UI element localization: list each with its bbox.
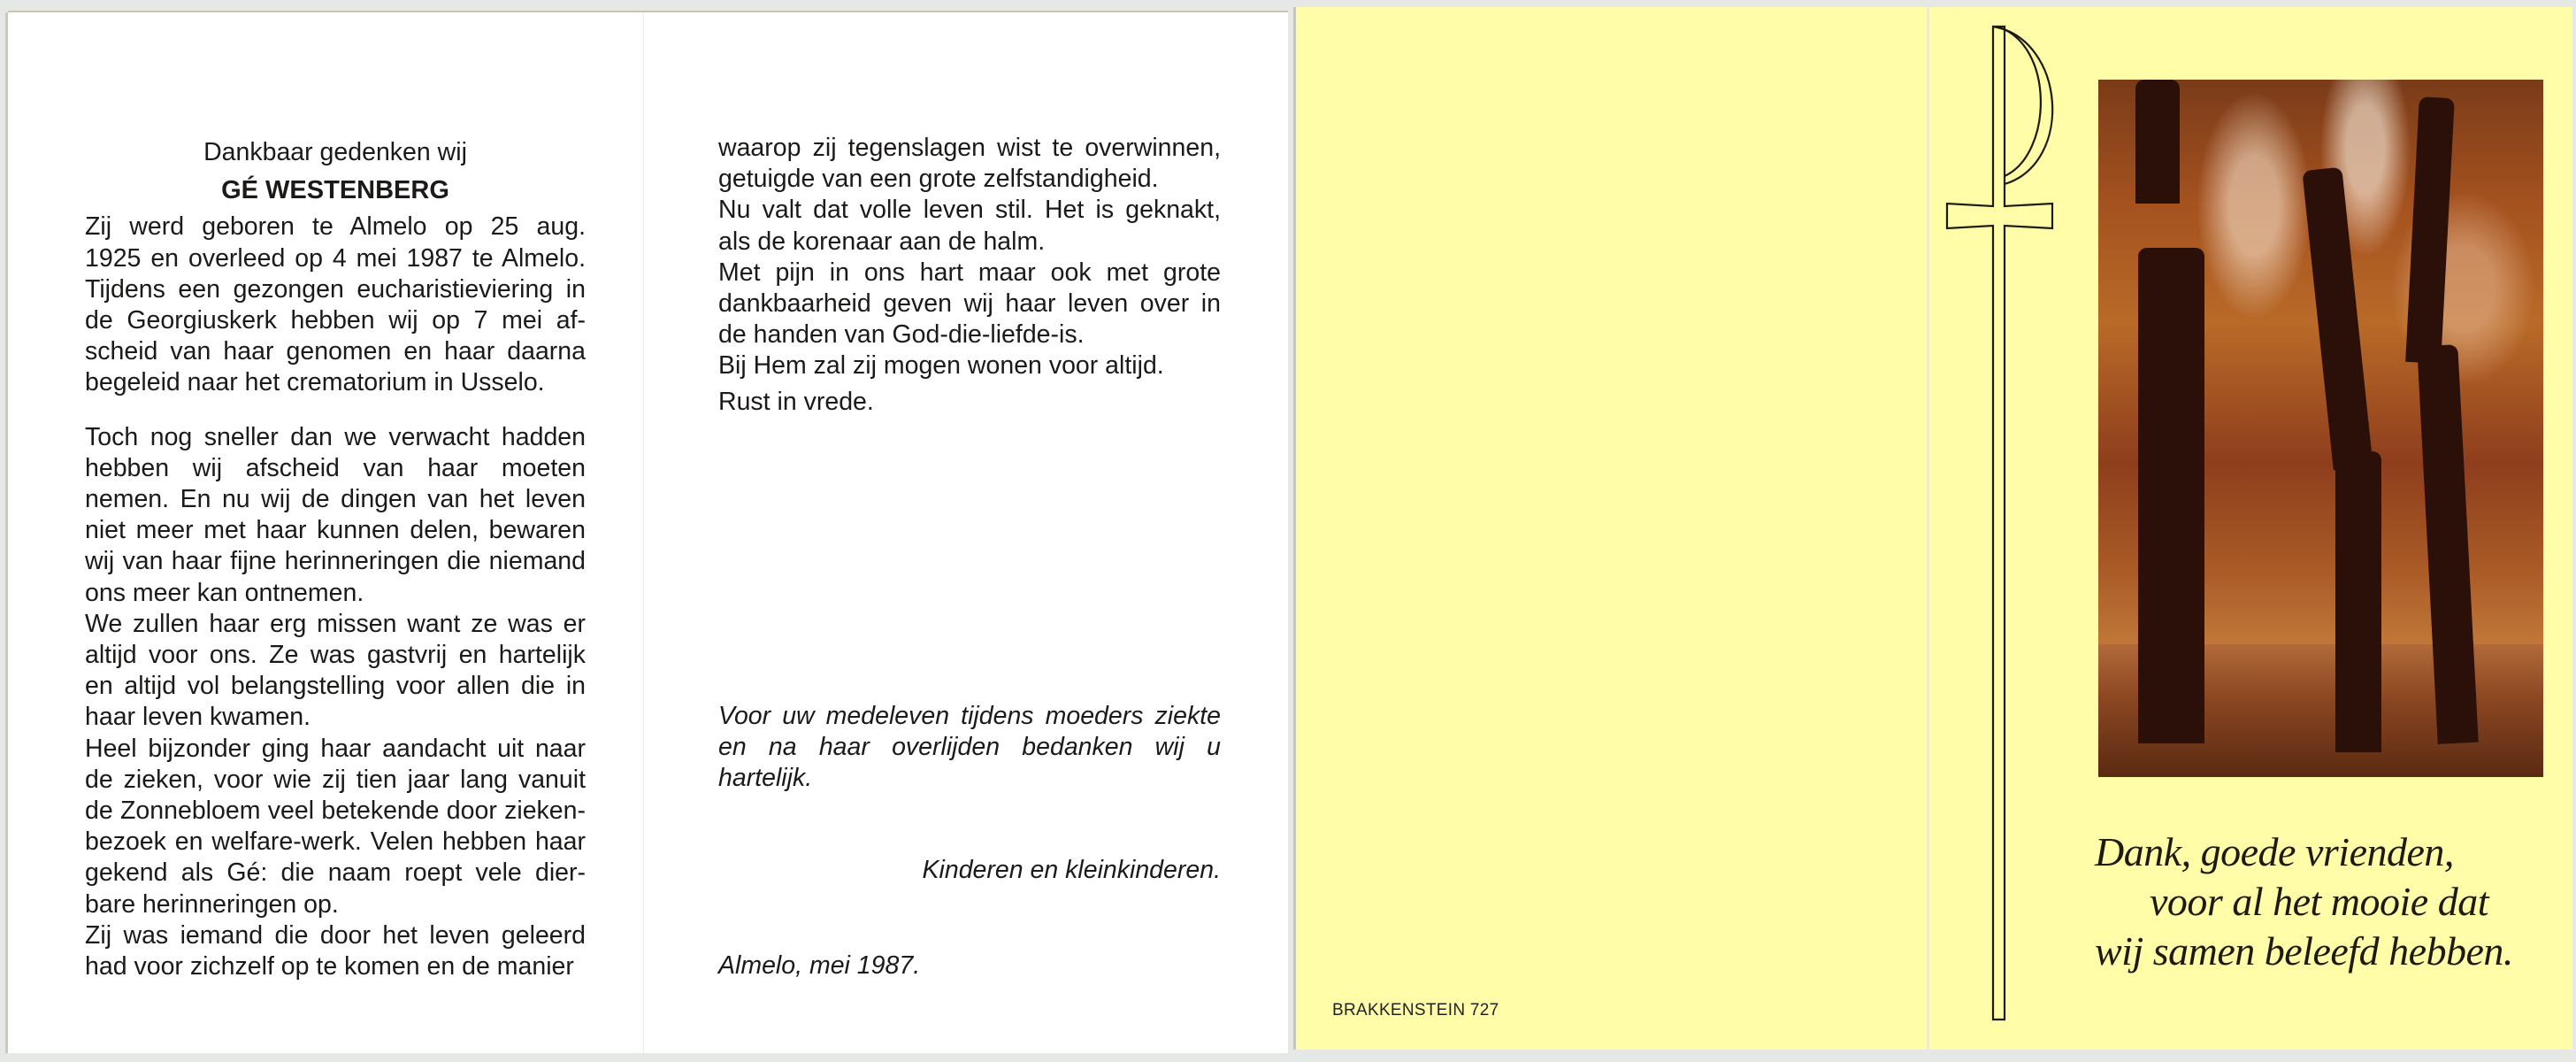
text-line: had voor zichzelf op te komen en de mani… [85, 951, 586, 982]
chi-rho-cross-icon [1942, 21, 2066, 1023]
fold-line [643, 12, 644, 1053]
text-line: de handen van God-die-liefde-is. [718, 319, 1221, 350]
text-line: bezoek en welfare-werk. Velen hebben haa… [85, 827, 586, 858]
text-line: ons meer kan ontnemen. [85, 578, 586, 609]
biography-paragraphs: Zij werd geboren te Almelo op 25 aug.192… [85, 212, 586, 982]
verse-line: Dank, goede vrienden, [2095, 827, 2555, 877]
text-line: bare herinneringen op. [85, 889, 586, 920]
text-line: getuigde van een grote zelfstandigheid. [718, 164, 1221, 195]
text-line: Zij werd geboren te Almelo op 25 aug. [85, 212, 586, 242]
thank-you-note: Voor uw medeleven tijdens moeders ziekte… [718, 701, 1221, 794]
text-line: als de korenaar aan de halm. [718, 227, 1221, 258]
tree-trunk [2138, 248, 2204, 743]
deceased-name: GÉ WESTENBERG [85, 175, 586, 206]
text-line: Nu valt dat volle leven stil. Het is gek… [718, 195, 1221, 226]
text-line: nemen. En nu wij de dingen van het leven [85, 484, 586, 515]
text-line: hebben wij afscheid van haar moeten [85, 453, 586, 484]
heading: Dankbaar gedenken wij [85, 137, 586, 168]
text-line: niet meer met haar kunnen delen, bewaren [85, 515, 586, 546]
signature: Kinderen en kleinkinderen. [718, 856, 1221, 885]
text-line: Heel bijzonder ging haar aandacht uit na… [85, 734, 586, 765]
text-line: Met pijn in ons hart maar ook met grote [718, 258, 1221, 289]
fold-line [1927, 7, 1929, 1050]
torn-edge [8, 11, 1288, 18]
text-line: 1925 en overleed op 4 mei 1987 te Almelo… [85, 243, 586, 274]
text-line: dankbaarheid geven wij haar leven over i… [718, 289, 1221, 319]
tree-trunk [2335, 451, 2381, 752]
verse-line: voor al het mooie dat [2095, 877, 2555, 927]
memorial-text-right-page: waarop zij tegenslagen wist te overwinne… [718, 133, 1221, 418]
text-line: waarop zij tegenslagen wist te overwinne… [718, 133, 1221, 164]
publisher-code: BRAKKENSTEIN 727 [1332, 1001, 1499, 1020]
tree-trunk [2302, 167, 2373, 471]
text-line: Toch nog sneller dan we verwacht hadden [85, 422, 586, 453]
place-and-date: Almelo, mei 1987. [718, 951, 1221, 981]
text-line: gekend als Gé: die naam roept vele dier- [85, 858, 586, 889]
closing-paragraphs: waarop zij tegenslagen wist te overwinne… [718, 133, 1221, 418]
text-line: en na haar overlijden bedanken wij u [718, 732, 1221, 763]
autumn-forest-trees-photo [2098, 80, 2543, 777]
text-line: en altijd vol belangstelling voor allen … [85, 671, 586, 702]
cover-verse: Dank, goede vrienden, voor al het mooie … [2095, 827, 2555, 976]
text-line: haar leven kwamen. [85, 702, 586, 733]
text-line: Tijdens een gezongen eucharistieviering … [85, 274, 586, 305]
text-line: Zij was iemand die door het leven geleer… [85, 920, 586, 951]
text-line: de Georgiuskerk hebben wij op 7 mei af- [85, 305, 586, 336]
text-line: altijd voor ons. Ze was gastvrij en hart… [85, 640, 586, 671]
text-line: Bij Hem zal zij mogen wonen voor altijd. [718, 350, 1221, 381]
text-line: scheid van haar genomen en haar daarna [85, 336, 586, 367]
text-line: begeleid naar het crematorium in Usselo. [85, 367, 586, 398]
text-line: de Zonnebloem veel betekende door zieken… [85, 796, 586, 827]
text-line: Voor uw medeleven tijdens moeders ziekte [718, 701, 1221, 732]
text-line: wij van haar fijne herinneringen die nie… [85, 546, 586, 577]
text-line: We zullen haar erg missen want ze was er [85, 609, 586, 640]
tree-trunk [2135, 80, 2180, 204]
text-line: Rust in vrede. [718, 387, 1221, 418]
text-line: de zieken, voor wie zij tien jaar lang v… [85, 765, 586, 796]
verse-line: wij samen beleefd hebben. [2095, 927, 2555, 976]
tree-trunk [2405, 96, 2455, 364]
text-line: hartelijk. [718, 763, 1221, 794]
memorial-text-left-page: Dankbaar gedenken wij GÉ WESTENBERG Zij … [85, 137, 586, 982]
